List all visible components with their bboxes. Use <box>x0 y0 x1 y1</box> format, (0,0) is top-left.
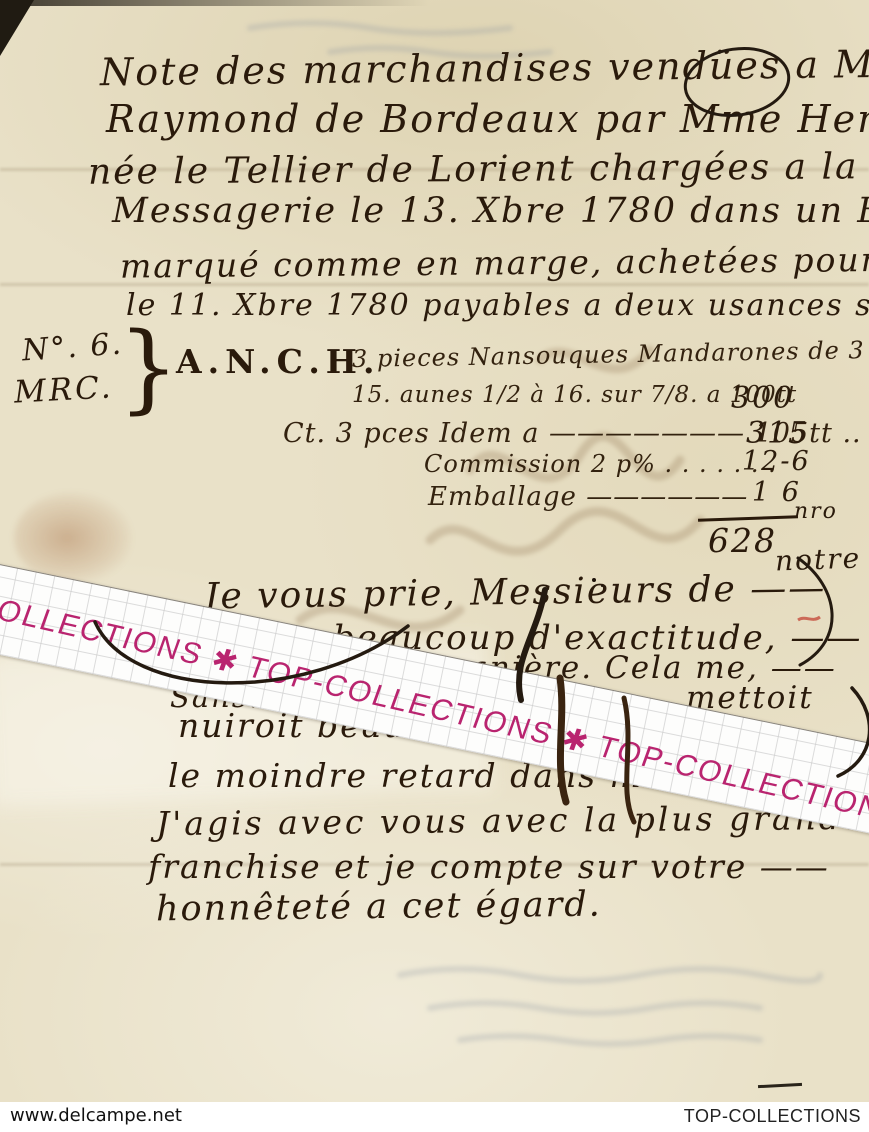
paper-background: Note des marchandises vendües a Mr. Raym… <box>0 0 869 1102</box>
letter-line: Messagerie le 13. Xbre 1780 dans un Ball… <box>112 191 869 231</box>
letter-line: née le Tellier de Lorient chargées a la <box>88 146 859 192</box>
letter-line: le 11. Xbre 1780 payables a deux usances… <box>126 288 869 323</box>
margin-brace: } <box>118 312 181 424</box>
ink-spatter <box>592 578 596 582</box>
account-row: Commission 2 p% . . . . . . . <box>424 450 777 478</box>
letter-line: franchise et je compte sur votre —— <box>148 847 830 886</box>
margin-ballot-number: N°. 6. <box>21 327 124 369</box>
letter-line: Raymond de Bordeaux par Mme Henry <box>106 97 869 141</box>
consignment-mark: A.N.C.H. <box>176 342 380 381</box>
account-amount: 300 <box>731 381 794 416</box>
letter-line: Je vous prie, Messieurs de —— <box>204 568 827 618</box>
letter-line: honnêteté a cet égard. <box>156 885 602 930</box>
letter-line: Note des marchandises vendües a Mr. <box>100 42 869 94</box>
seller-name: TOP-COLLECTIONS <box>684 1106 861 1127</box>
letter-line: marqué comme en marge, achetées pour eux <box>120 239 869 285</box>
letter-scan: Note des marchandises vendües a Mr. Raym… <box>0 0 869 1132</box>
account-amount: 12-6 <box>742 446 811 477</box>
site-url: www.delcampe.net <box>10 1105 182 1126</box>
margin-initials: MRC. <box>13 369 114 410</box>
total-superscript: nro <box>794 499 838 524</box>
account-row: Emballage —————— <box>428 482 748 512</box>
account-total: 628 <box>708 521 777 560</box>
footer-bar: www.delcampe.net TOP-COLLECTIONS <box>0 1102 869 1132</box>
